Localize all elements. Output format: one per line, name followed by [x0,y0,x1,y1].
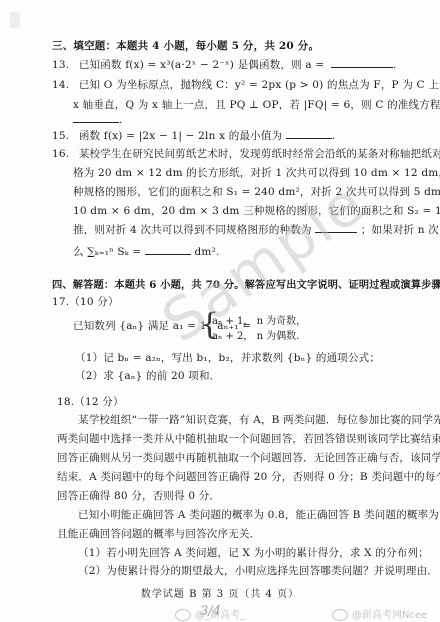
q15-number: 15. [52,130,69,142]
weibo-logo-icon [175,609,191,621]
section3-heading: 三、填空题：本题共 4 小题，每小题 5 分，共 20 分。 [52,38,319,53]
q16-unit: dm². [194,246,219,258]
q16-sum-blank[interactable] [145,245,191,255]
q16-number: 16. [52,148,69,160]
q14-answer-row: . [73,113,123,126]
q16-text-line3: 种规格的图形，它们的面积之和 S₁ = 240 dm²，对折 2 次共可以得到 … [73,184,440,199]
q13-period: . [393,59,397,71]
q16-line5-suffix: ；如果对折 n 次，那 [361,224,440,236]
question-15: 15. 函数 f(x) = |2x − 1| − 2ln x 的最小值为 . [52,128,335,143]
q17-case-even: aₙ + 2， n 为偶数． [212,327,306,342]
q14-number: 14. [52,79,69,91]
scan-smudge [10,12,20,28]
q16-text-line6: 么 ∑ₖ₌₁ⁿ Sₖ = dm². [73,244,219,259]
exam-page: 三、填空题：本题共 4 小题，每小题 5 分，共 20 分。 13. 已知函数 … [0,0,440,622]
q17-number: 17.（10 分） [52,294,119,309]
q13-text: 已知函数 f(x) = x³(a·2ˣ − 2⁻ˣ) 是偶函数，则 a = [79,59,324,71]
q16-text-line4: 10 dm × 6 dm，20 dm × 3 dm 三种规格的图形，它们的面积之… [73,203,440,218]
q13-number: 13. [52,59,69,71]
question-14-line1: 14. 已知 O 为坐标原点，抛物线 C：y² = 2px (p > 0) 的焦… [52,77,440,92]
q18-part2: （2）为使累计得分的期望最大，小明应选择先回答哪类问题？并说明理由． [78,563,438,578]
weibo-watermark-right: @新高考网Ncee [332,606,427,621]
q18-para7: 且能正确回答问题的概率与回答次序无关． [57,526,260,541]
weibo-handle-left: @_新高考_ [195,610,245,621]
q13-answer-blank[interactable] [331,58,393,68]
page-footer: 数学试题 B 第 3 页（共 4 页） [0,585,440,600]
q17-case-odd: aₙ + 1， n 为奇数， [212,312,306,327]
q18-para2: 两类问题中选择一类并从中随机抽取一个问题回答，若回答错误则该同学比赛结束；若 [57,431,440,446]
q14-text-line2: x 轴垂直，Q 为 x 轴上一点，且 PQ ⊥ OP，若 |FQ| = 6，则 … [73,97,440,112]
q15-period: . [332,130,336,142]
q16-line5-prefix: 推，则对折 4 次共可以得到不同规格图形的种数为 [73,224,312,236]
q18-para1: 某学校组织“一带一路”知识竞赛，有 A，B 两类问题．每位参加比赛的同学先在 [78,412,440,427]
q18-part1: （1）若小明先回答 A 类问题，记 X 为小明的累计得分，求 X 的分布列； [78,545,429,560]
q16-sum-expression: 么 ∑ₖ₌₁ⁿ Sₖ = [73,246,141,258]
q18-para3: 回答正确则从另一类问题中再随机抽取一个问题回答．无论回答正确与否，该同学比赛 [57,450,440,465]
q17-part1: （1）记 bₙ = a₂ₙ，写出 b₁，b₂，并求数列 {bₙ} 的通项公式； [75,350,380,365]
q18-para5: 回答正确得 80 分，否则得 0 分． [57,488,220,503]
weibo-logo-icon [332,609,348,621]
q15-text: 函数 f(x) = |2x − 1| − 2ln x 的最小值为 [79,130,282,142]
q16-text-line5: 推，则对折 4 次共可以得到不同规格图形的种数为 ；如果对折 n 次，那 [73,222,440,237]
q16-text-line1: 某校学生在研究民间剪纸艺术时，发现剪纸时经常会沿纸的某条对称轴把纸对折．规 [79,148,440,160]
question-16-line1: 16. 某校学生在研究民间剪纸艺术时，发现剪纸时经常会沿纸的某条对称轴把纸对折．… [52,146,440,161]
q16-count-blank[interactable] [315,223,357,233]
q14-answer-blank[interactable] [73,113,119,123]
q17-part2: （2）求 {aₙ} 的前 20 项和． [75,368,220,383]
section4-heading: 四、解答题：本题共 6 小题，共 70 分。解答应写出文字说明、证明过程或演算步… [52,276,440,291]
q18-para4: 结束．A 类问题中的每个问题回答正确得 20 分，否则得 0 分；B 类问题中的… [57,469,440,484]
question-13: 13. 已知函数 f(x) = x³(a·2ˣ − 2⁻ˣ) 是偶函数，则 a … [52,57,396,72]
weibo-handle-right: @新高考网Ncee [352,610,427,621]
q14-text-line1: 已知 O 为坐标原点，抛物线 C：y² = 2px (p > 0) 的焦点为 F… [79,79,440,91]
q15-answer-blank[interactable] [286,129,332,139]
q18-para6: 已知小明能正确回答 A 类问题的概率为 0.8，能正确回答 B 类问题的概率为 … [78,507,440,522]
q18-number: 18.（12 分） [57,394,124,409]
q14-period: . [119,114,123,126]
weibo-watermark-left: @_新高考_ [175,606,245,621]
q16-text-line2: 格为 20 dm × 12 dm 的长方形纸，对折 1 次共可以得到 10 dm… [73,165,440,180]
